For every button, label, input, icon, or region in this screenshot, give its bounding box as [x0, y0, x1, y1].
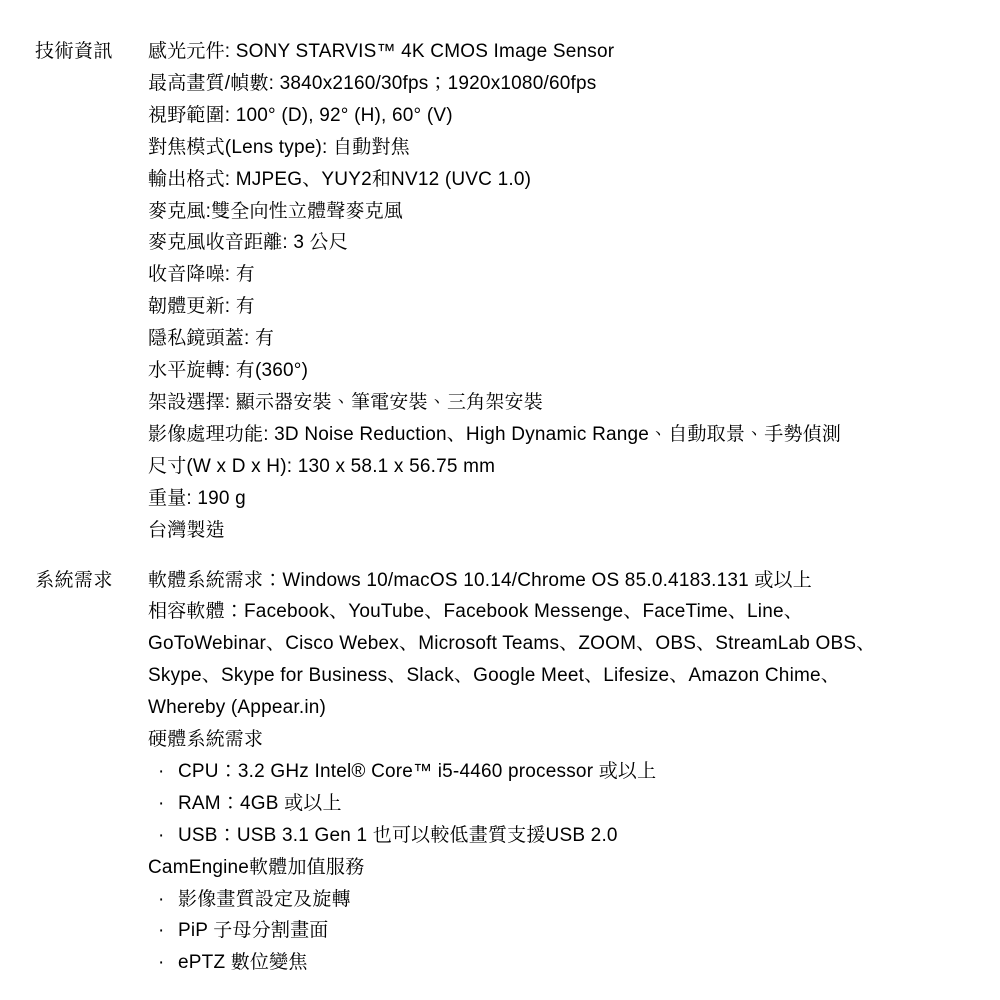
spec-line-text: Whereby (Appear.in) — [148, 697, 326, 718]
spec-line: 硬體系統需求 — [148, 724, 980, 756]
spec-line-text: 收音降噪: 有 — [148, 264, 255, 285]
spec-line: ·USB：USB 3.1 Gen 1 也可以較低畫質支援USB 2.0 — [148, 820, 980, 852]
section-technical-info: 技術資訊感光元件: SONY STARVIS™ 4K CMOS Image Se… — [35, 36, 980, 547]
section-label: 系統需求 — [35, 565, 148, 597]
spec-line-text: USB：USB 3.1 Gen 1 也可以較低畫質支援USB 2.0 — [178, 825, 618, 846]
spec-line-text: 軟體系統需求：Windows 10/macOS 10.14/Chrome OS … — [148, 570, 812, 591]
spec-line: CamEngine軟體加值服務 — [148, 852, 980, 884]
section-label: 技術資訊 — [35, 36, 148, 68]
spec-line-text: 對焦模式(Lens type): 自動對焦 — [148, 137, 410, 158]
spec-line: 尺寸(W x D x H): 130 x 58.1 x 56.75 mm — [148, 451, 980, 483]
spec-line-text: 水平旋轉: 有(360°) — [148, 360, 308, 381]
spec-line: 軟體系統需求：Windows 10/macOS 10.14/Chrome OS … — [148, 565, 980, 597]
spec-line-text: Skype、Skype for Business、Slack、Google Me… — [148, 665, 840, 686]
bullet-icon: · — [158, 788, 178, 820]
spec-line: ·影像畫質設定及旋轉 — [148, 884, 980, 916]
spec-line-text: 影像處理功能: 3D Noise Reduction、High Dynamic … — [148, 424, 841, 445]
spec-line-text: RAM：4GB 或以上 — [178, 793, 342, 814]
bullet-icon: · — [158, 884, 178, 916]
spec-line: ·PiP 子母分割畫面 — [148, 915, 980, 947]
spec-line: Whereby (Appear.in) — [148, 692, 980, 724]
spec-line: 隱私鏡頭蓋: 有 — [148, 323, 980, 355]
section-system-requirements: 系統需求軟體系統需求：Windows 10/macOS 10.14/Chrome… — [35, 565, 980, 980]
spec-line-text: 麥克風收音距離: 3 公尺 — [148, 232, 348, 253]
spec-line: 韌體更新: 有 — [148, 291, 980, 323]
spec-line-text: 架設選擇: 顯示器安裝、筆電安裝、三角架安裝 — [148, 392, 543, 413]
spec-line: 影像處理功能: 3D Noise Reduction、High Dynamic … — [148, 419, 980, 451]
spec-line-text: GoToWebinar、Cisco Webex、Microsoft Teams、… — [148, 633, 875, 654]
spec-line: GoToWebinar、Cisco Webex、Microsoft Teams、… — [148, 628, 980, 660]
spec-line: 架設選擇: 顯示器安裝、筆電安裝、三角架安裝 — [148, 387, 980, 419]
spec-line: 水平旋轉: 有(360°) — [148, 355, 980, 387]
spec-line-text: 相容軟體：Facebook、YouTube、Facebook Messenge、… — [148, 601, 803, 622]
spec-line-text: 麥克風:雙全向性立體聲麥克風 — [148, 201, 403, 222]
bullet-icon: · — [158, 820, 178, 852]
spec-line-text: 感光元件: SONY STARVIS™ 4K CMOS Image Sensor — [148, 41, 614, 62]
spec-line-text: 硬體系統需求 — [148, 729, 263, 750]
section-content: 軟體系統需求：Windows 10/macOS 10.14/Chrome OS … — [148, 565, 980, 980]
spec-line: 感光元件: SONY STARVIS™ 4K CMOS Image Sensor — [148, 36, 980, 68]
spec-line-text: CamEngine軟體加值服務 — [148, 857, 364, 878]
spec-line: 對焦模式(Lens type): 自動對焦 — [148, 132, 980, 164]
spec-line-text: 最高畫質/幀數: 3840x2160/30fps；1920x1080/60fps — [148, 73, 596, 94]
spec-line-text: CPU：3.2 GHz Intel® Core™ i5-4460 process… — [178, 761, 656, 782]
spec-line: ·RAM：4GB 或以上 — [148, 788, 980, 820]
spec-line: 麥克風:雙全向性立體聲麥克風 — [148, 196, 980, 228]
spec-line: 收音降噪: 有 — [148, 259, 980, 291]
spec-line: Skype、Skype for Business、Slack、Google Me… — [148, 660, 980, 692]
spec-line-text: 尺寸(W x D x H): 130 x 58.1 x 56.75 mm — [148, 456, 495, 477]
spec-line: 重量: 190 g — [148, 483, 980, 515]
spec-line: 輸出格式: MJPEG、YUY2和NV12 (UVC 1.0) — [148, 164, 980, 196]
spec-sheet: 技術資訊感光元件: SONY STARVIS™ 4K CMOS Image Se… — [0, 0, 1000, 979]
bullet-icon: · — [158, 915, 178, 947]
spec-line-text: 輸出格式: MJPEG、YUY2和NV12 (UVC 1.0) — [148, 169, 531, 190]
spec-line: ·CPU：3.2 GHz Intel® Core™ i5-4460 proces… — [148, 756, 980, 788]
spec-line: 相容軟體：Facebook、YouTube、Facebook Messenge、… — [148, 596, 980, 628]
spec-line-text: PiP 子母分割畫面 — [178, 920, 329, 941]
bullet-icon: · — [158, 947, 178, 979]
bullet-icon: · — [158, 756, 178, 788]
section-content: 感光元件: SONY STARVIS™ 4K CMOS Image Sensor… — [148, 36, 980, 547]
spec-line-text: 視野範圍: 100° (D), 92° (H), 60° (V) — [148, 105, 453, 126]
spec-line-text: 影像畫質設定及旋轉 — [178, 889, 351, 910]
spec-line: ·ePTZ 數位變焦 — [148, 947, 980, 979]
spec-line: 視野範圍: 100° (D), 92° (H), 60° (V) — [148, 100, 980, 132]
spec-line-text: ePTZ 數位變焦 — [178, 952, 308, 973]
spec-line-text: 台灣製造 — [148, 520, 225, 541]
spec-line-text: 重量: 190 g — [148, 488, 246, 509]
spec-line: 台灣製造 — [148, 515, 980, 547]
spec-line-text: 韌體更新: 有 — [148, 296, 255, 317]
spec-line-text: 隱私鏡頭蓋: 有 — [148, 328, 274, 349]
spec-line: 麥克風收音距離: 3 公尺 — [148, 227, 980, 259]
spec-line: 最高畫質/幀數: 3840x2160/30fps；1920x1080/60fps — [148, 68, 980, 100]
